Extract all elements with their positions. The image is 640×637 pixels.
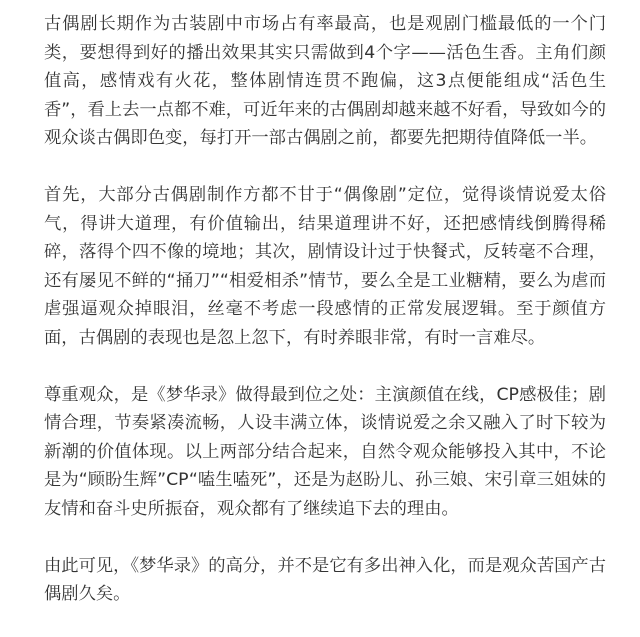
article-body: 古偶剧长期作为古装剧中市场占有率最高，也是观剧门槛最低的一个门类，要想得到好的播… — [44, 10, 606, 516]
paragraph-1: 古偶剧长期作为古装剧中市场占有率最高，也是观剧门槛最低的一个门类，要想得到好的播… — [44, 10, 606, 153]
paragraph-3: 尊重观众，是《梦华录》做得最到位之处：主演颜值在线，CP感极佳；剧情合理，节奏紧… — [44, 381, 606, 516]
paragraph-2: 首先，大部分古偶剧制作方都不甘于“偶像剧”定位，觉得谈情说爱太俗气，得讲大道理，… — [44, 181, 606, 353]
